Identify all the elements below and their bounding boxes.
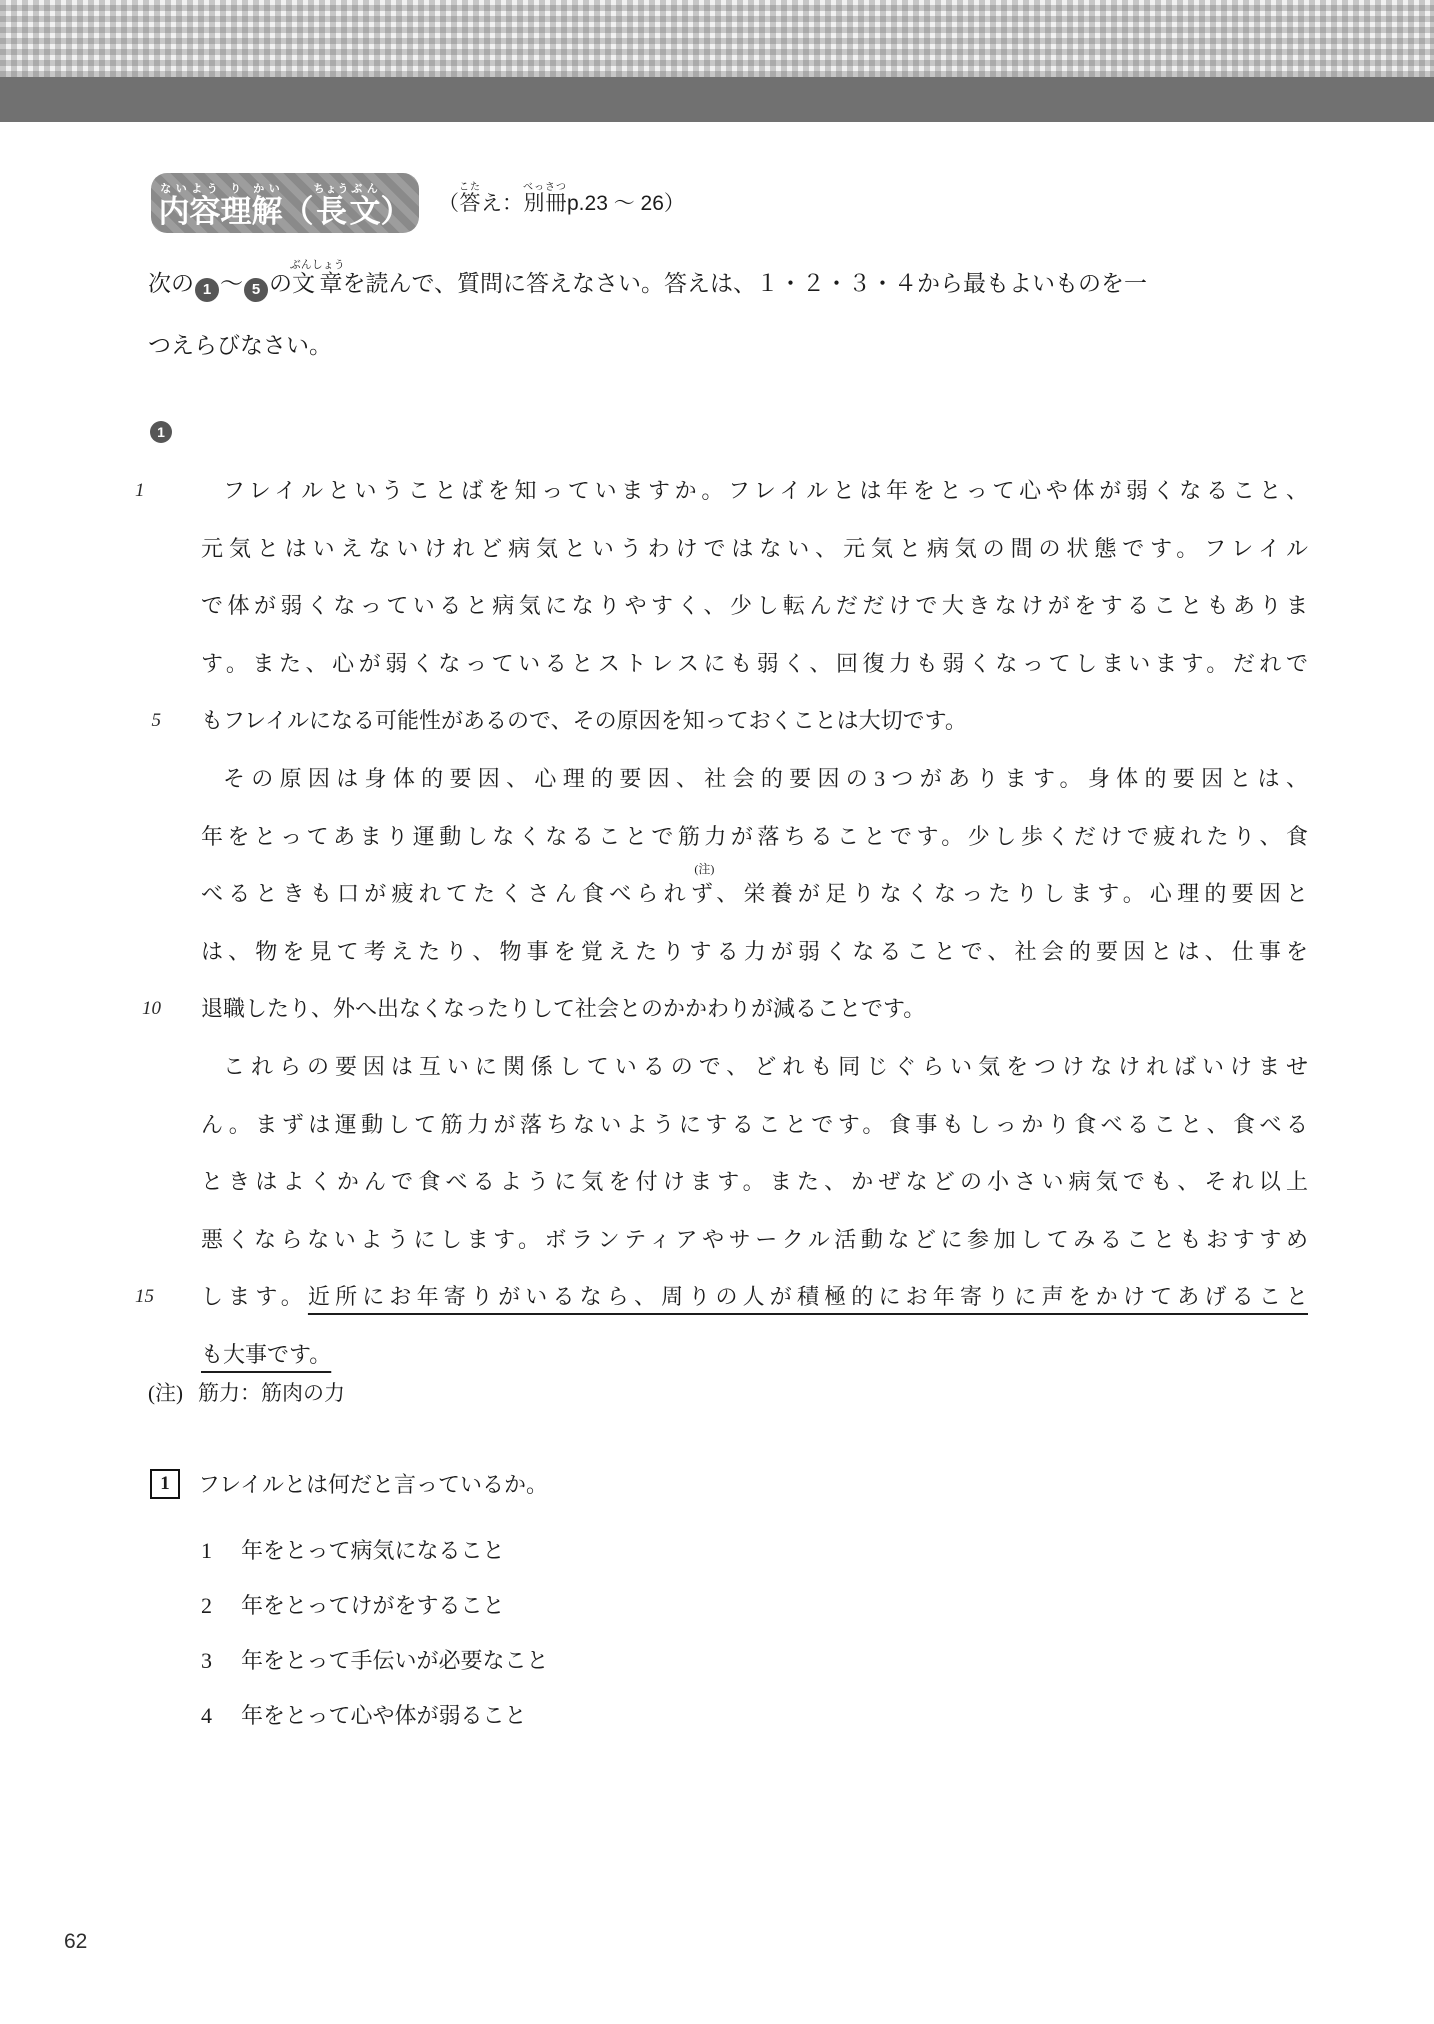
underlined-text: も大事です。 [201, 1342, 331, 1367]
passage-line: 元気とはいえないけれど病気というわけではない、元気と病気の間の状態です。フレイル [201, 520, 1308, 578]
option-text: 年をとって病気になること [241, 1538, 505, 1563]
line-number: 15 [135, 1268, 161, 1326]
passage-number-badge: 1 [150, 421, 172, 443]
instruction-line-1: 次の1～5の文章ぶんしょうを読んで、質問に答えなさい。答えは、１・２・３・４から… [148, 252, 1328, 314]
option-number: 4 [201, 1702, 241, 1730]
line-number: 5 [135, 692, 161, 750]
annotated-word: 筋力(注) [678, 824, 731, 849]
page-number: 62 [64, 1930, 87, 1954]
passage-line: 悪くならないようにします。ボランティアやサークル活動などに参加してみることもおす… [201, 1211, 1308, 1269]
passage-line: も大事です。 [201, 1326, 1308, 1384]
passage-line: その原因は身体的要因、心理的要因、社会的要因の3つがあります。身体的要因とは、 [201, 750, 1308, 808]
passage-line: ん。まずは運動して筋力が落ちないようにすることです。食事もしっかり食べること、食… [201, 1096, 1308, 1154]
answer-option-3: 3年をとって手伝いが必要なこと [201, 1647, 549, 1675]
option-number: 1 [201, 1537, 241, 1565]
textbook-page: 内ない容よう理り解かい（長ちょう文ぶん） （答こたえ：別冊べっさつp.23 ～ … [0, 0, 1434, 2024]
answer-option-4: 4年をとって心や体が弱ること [201, 1702, 527, 1730]
option-text: 年をとってけがをすること [241, 1593, 505, 1618]
passage-line: 年をとってあまり運動しなくなることで筋力(注)が落ちることです。少し歩くだけで疲… [201, 808, 1308, 866]
question-number-box: 1 [150, 1469, 180, 1499]
passage-line: ときはよくかんで食べるように気を付けます。また、かぜなどの小さい病気でも、それ以… [201, 1153, 1308, 1211]
passage-line: は、物を見て考えたり、物事を覚えたりする力が弱くなることで、社会的要因とは、仕事… [201, 923, 1308, 981]
underlined-text: 近所にお年寄りがいるなら、周りの人が積極的にお年寄りに声をかけてあげること [308, 1284, 1308, 1309]
section-title-badge: 内ない容よう理り解かい（長ちょう文ぶん） [151, 173, 419, 233]
passage-line: 5もフレイルになる可能性があるので、その原因を知っておくことは大切です。 [201, 692, 1308, 750]
passage-line: 10退職したり、外へ出なくなったりして社会とのかかわりが減ることです。 [201, 980, 1308, 1038]
instruction-line-2: つえらびなさい。 [148, 314, 1328, 376]
passage-line: で体が弱くなっていると病気になりやすく、少し転んだだけで大きなけがをすることもあ… [201, 577, 1308, 635]
passage-line: これらの要因は互いに関係しているので、どれも同じぐらい気をつけなければいけませ [201, 1038, 1308, 1096]
question-1: 1 フレイルとは何だと言っているか。 [150, 1468, 548, 1499]
header-gray-bar [0, 77, 1434, 122]
vocabulary-note: (注)筋力：筋肉の力 [148, 1379, 345, 1407]
circled-number: 1 [195, 278, 219, 302]
note-label: (注) [148, 1381, 183, 1405]
option-text: 年をとって心や体が弱ること [241, 1703, 527, 1728]
answer-option-1: 1年をとって病気になること [201, 1537, 505, 1565]
answer-option-2: 2年をとってけがをすること [201, 1592, 505, 1620]
passage-line: す。また、心が弱くなっているとストレスにも弱く、回復力も弱くなってしまいます。だ… [201, 635, 1308, 693]
option-text: 年をとって手伝いが必要なこと [241, 1648, 549, 1673]
note-text: 筋力：筋肉の力 [198, 1381, 345, 1405]
section-title: 内ない容よう理り解かい（長ちょう文ぶん） [159, 183, 412, 233]
passage-line: 1フレイルということばを知っていますか。フレイルとは年をとって心や体が弱くなるこ… [201, 462, 1308, 520]
line-number: 10 [135, 980, 161, 1038]
reading-passage: 1フレイルということばを知っていますか。フレイルとは年をとって心や体が弱くなるこ… [201, 462, 1308, 1384]
passage-line: べるときも口が疲れてたくさん食べられず、栄養が足りなくなったりします。心理的要因… [201, 865, 1308, 923]
option-number: 3 [201, 1647, 241, 1675]
circled-number: 5 [244, 278, 268, 302]
line-number: 1 [135, 462, 161, 520]
passage-line: 15します。近所にお年寄りがいるなら、周りの人が積極的にお年寄りに声をかけてあげ… [201, 1268, 1308, 1326]
answer-reference: （答こたえ：別冊べっさつp.23 ～ 26） [438, 182, 685, 217]
question-text: フレイルとは何だと言っているか。 [198, 1468, 548, 1499]
instructions: 次の1～5の文章ぶんしょうを読んで、質問に答えなさい。答えは、１・２・３・４から… [148, 252, 1328, 376]
option-number: 2 [201, 1592, 241, 1620]
header-gingham-pattern [0, 0, 1434, 77]
